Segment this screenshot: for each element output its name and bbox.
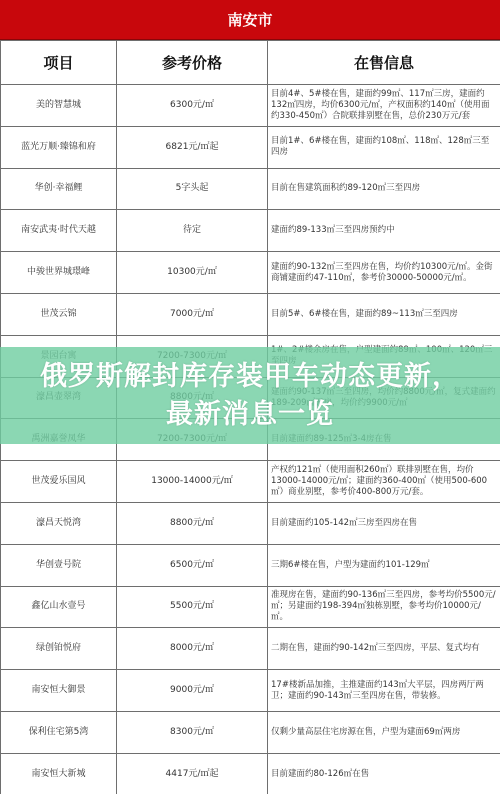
reference-price: 9000元/㎡ [117,670,268,712]
reference-price: 13000-14000元/㎡ [117,461,268,503]
reference-price: 待定 [117,210,268,252]
sale-info: 目前1#、6#楼在售，建面约108㎡、118㎡、128㎡三至四房 [268,126,500,168]
table-row: 景园台寓 7200-7300元/㎡ 1#、2#楼余房在售，户型建面约89㎡、10… [1,335,500,377]
reference-price: 8000元/㎡ [117,628,268,670]
sale-info: 目前建面约105-142㎡三房至四房在售 [268,502,500,544]
sale-info: 目前在售建筑面积约89-120㎡三至四房 [268,168,500,210]
table-row: 南安恒大御景 9000元/㎡ 17#楼新品加推，主推建面约143㎡大平层，四房两… [1,670,500,712]
table-row: 中骏世界城璟峰 10300元/㎡ 建面约90-132㎡三至四房在售，均价约103… [1,252,500,294]
sale-info: 仅剩少量高层住宅房源在售，户型为建面69㎡两房 [268,711,500,753]
project-name: 世茂爱乐国风 [1,461,117,503]
project-name: 华创壹号院 [1,544,117,586]
reference-price: 6500元/㎡ [117,544,268,586]
reference-price: 4417元/㎡起 [117,753,268,794]
reference-price: 6821元/㎡起 [117,126,268,168]
project-name: 华创·幸福鲤 [1,168,117,210]
table-row: 华创壹号院 6500元/㎡ 三期6#楼在售，户型为建面约101-129㎡ [1,544,500,586]
table-row: 蓝光万顺·臻锦和府 6821元/㎡起 目前1#、6#楼在售，建面约108㎡、11… [1,126,500,168]
project-name: 蓝光万顺·臻锦和府 [1,126,117,168]
column-header-price: 参考价格 [117,41,268,85]
project-name: 南安恒大新城 [1,753,117,794]
table-row: 世茂云锦 7000元/㎡ 目前5#、6#楼在售，建面约89~113㎡三至四房 [1,293,500,335]
table-row: 南安武夷·时代天越 待定 建面约89-133㎡三至四房预约中 [1,210,500,252]
reference-price: 8300元/㎡ [117,711,268,753]
table-row: 世茂爱乐国风 13000-14000元/㎡ 产权约121㎡（使用面积260㎡）联… [1,461,500,503]
column-header-project: 项目 [1,41,117,85]
project-name: 绿创铂悦府 [1,628,117,670]
project-name: 景园台寓 [1,335,117,377]
table-row: 绿创铂悦府 8000元/㎡ 二期在售，建面约90-142㎡三至四房，平层、复式均… [1,628,500,670]
reference-price: 8800元/㎡ [117,502,268,544]
sale-info: 目前5#、6#楼在售，建面约89~113㎡三至四房 [268,293,500,335]
reference-price: 7200-7300元/㎡ [117,419,268,461]
reference-price: 10300元/㎡ [117,252,268,294]
project-name: 世茂云锦 [1,293,117,335]
project-name: 濠昌天悦湾 [1,502,117,544]
project-name: 禹洲嘉誉凤华 [1,419,117,461]
table-row: 禹洲嘉誉凤华 7200-7300元/㎡ 目前建面约89-125㎡3-4房在售 [1,419,500,461]
property-price-table: 项目 参考价格 在售信息 美的智慧城 6300元/㎡ 目前4#、5#楼在售，建面… [0,40,500,794]
sale-info: 建面约90-132㎡三至四房在售，均价约10300元/㎡。金街商铺建面约47-1… [268,252,500,294]
sale-info: 目前4#、5#楼在售，建面约99㎡、117㎡三房，建面约132㎡四房，均价630… [268,85,500,127]
reference-price: 6300元/㎡ [117,85,268,127]
project-name: 中骏世界城璟峰 [1,252,117,294]
table-row: 保利住宅第5湾 8300元/㎡ 仅剩少量高层住宅房源在售，户型为建面69㎡两房 [1,711,500,753]
sale-info: 二期在售，建面约90-142㎡三至四房，平层、复式均有 [268,628,500,670]
table-row: 华创·幸福鲤 5字头起 目前在售建筑面积约89-120㎡三至四房 [1,168,500,210]
table-row: 南安恒大新城 4417元/㎡起 目前建面约80-126㎡在售 [1,753,500,794]
project-name: 美的智慧城 [1,85,117,127]
sale-info: 建面约90-137㎡三至四房，均价约8800元/㎡，复式建面约189-209㎡五… [268,377,500,419]
project-name: 濠昌壶翠湾 [1,377,117,419]
project-name: 南安武夷·时代天越 [1,210,117,252]
sale-info: 目前建面约80-126㎡在售 [268,753,500,794]
sale-info: 17#楼新品加推，主推建面约143㎡大平层，四房两厅两卫；建面约90-143㎡三… [268,670,500,712]
sale-info: 准现房在售，建面约90-136㎡三至四房，参考均价5500元/㎡；另建面约198… [268,586,500,628]
sale-info: 产权约121㎡（使用面积260㎡）联排别墅在售，均价13000-14000元/㎡… [268,461,500,503]
reference-price: 5500元/㎡ [117,586,268,628]
project-name: 南安恒大御景 [1,670,117,712]
sale-info: 建面约89-133㎡三至四房预约中 [268,210,500,252]
sale-info: 1#、2#楼余房在售，户型建面约89㎡、100㎡、120㎡三至四房 [268,335,500,377]
project-name: 鑫亿山水壹号 [1,586,117,628]
reference-price: 8800元/㎡ [117,377,268,419]
column-header-sale-info: 在售信息 [268,41,500,85]
city-title: 南安市 [227,9,272,30]
sale-info: 三期6#楼在售，户型为建面约101-129㎡ [268,544,500,586]
table-row: 濠昌天悦湾 8800元/㎡ 目前建面约105-142㎡三房至四房在售 [1,502,500,544]
reference-price: 7000元/㎡ [117,293,268,335]
table-header-row: 项目 参考价格 在售信息 [1,41,500,85]
sale-info: 目前建面约89-125㎡3-4房在售 [268,419,500,461]
project-name: 保利住宅第5湾 [1,711,117,753]
table-row: 濠昌壶翠湾 8800元/㎡ 建面约90-137㎡三至四房，均价约8800元/㎡，… [1,377,500,419]
reference-price: 5字头起 [117,168,268,210]
reference-price: 7200-7300元/㎡ [117,335,268,377]
city-title-bar: 南安市 [0,0,500,40]
table-row: 美的智慧城 6300元/㎡ 目前4#、5#楼在售，建面约99㎡、117㎡三房，建… [1,85,500,127]
table-row: 鑫亿山水壹号 5500元/㎡ 准现房在售，建面约90-136㎡三至四房，参考均价… [1,586,500,628]
